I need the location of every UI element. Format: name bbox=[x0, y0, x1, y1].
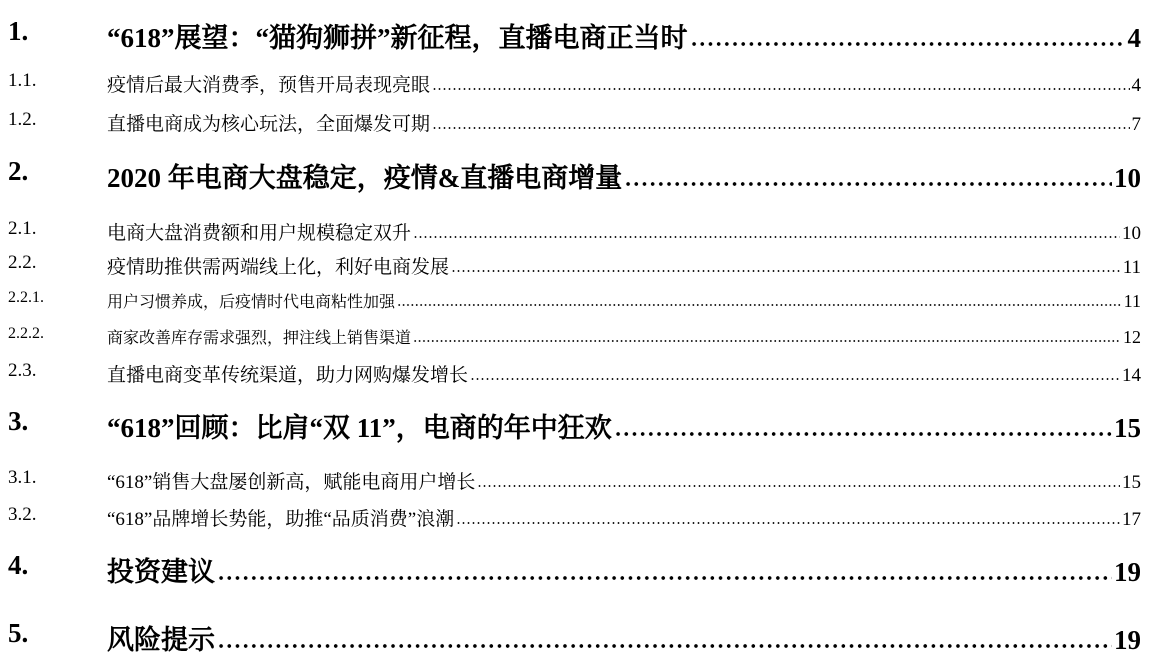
section-title[interactable]: 2020 年电商大盘稳定，疫情&直播电商增量 bbox=[107, 156, 622, 195]
dot-leader bbox=[690, 23, 1126, 47]
toc-entry-2-2-2[interactable]: 2.2.2. 商家改善库存需求强烈，押注线上销售渠道 12 bbox=[0, 325, 1141, 349]
toc-entry-3-2[interactable]: 3.2. “618”品牌增长势能，助推“品质消费”浪潮 17 bbox=[0, 504, 1141, 530]
toc-entry-1-2[interactable]: 1.2. 直播电商成为核心玩法，全面爆发可期 7 bbox=[0, 109, 1141, 135]
toc-entry-4[interactable]: 4. 投资建议 19 bbox=[0, 550, 1141, 590]
page-number: 14 bbox=[1122, 365, 1141, 387]
toc-entry-2[interactable]: 2. 2020 年电商大盘稳定，疫情&直播电商增量 10 bbox=[0, 156, 1141, 196]
dot-leader bbox=[456, 507, 1120, 525]
section-title[interactable]: 用户习惯养成，后疫情时代电商粘性加强 bbox=[107, 289, 395, 312]
section-title[interactable]: 疫情后最大消费季，预售开局表现亮眼 bbox=[107, 70, 430, 97]
dot-leader bbox=[413, 221, 1120, 239]
section-number: 2.3. bbox=[8, 360, 37, 382]
section-number: 1. bbox=[8, 16, 28, 47]
section-title[interactable]: 疫情助推供需两端线上化，利好电商发展 bbox=[107, 252, 449, 279]
page-number: 17 bbox=[1122, 509, 1141, 531]
toc-entry-1[interactable]: 1. “618”展望：“猫狗狮拼”新征程，直播电商正当时 4 bbox=[0, 16, 1141, 56]
toc-entry-2-2[interactable]: 2.2. 疫情助推供需两端线上化，利好电商发展 11 bbox=[0, 252, 1141, 278]
dot-leader bbox=[217, 557, 1112, 581]
section-title[interactable]: 商家改善库存需求强烈，押注线上销售渠道 bbox=[107, 325, 411, 348]
toc-entry-2-1[interactable]: 2.1. 电商大盘消费额和用户规模稳定双升 10 bbox=[0, 218, 1141, 244]
dot-leader bbox=[217, 625, 1112, 649]
dot-leader bbox=[413, 327, 1121, 343]
section-number: 1.2. bbox=[8, 109, 37, 131]
page-number: 11 bbox=[1123, 257, 1141, 279]
dot-leader bbox=[477, 470, 1120, 488]
section-number: 2.2.1. bbox=[8, 289, 44, 307]
toc-entry-2-2-1[interactable]: 2.2.1. 用户习惯养成，后疫情时代电商粘性加强 11 bbox=[0, 289, 1141, 313]
page-number: 19 bbox=[1114, 625, 1141, 656]
dot-leader bbox=[624, 163, 1112, 187]
section-number: 3.2. bbox=[8, 504, 37, 526]
section-title[interactable]: “618”回顾：比肩“双 11”，电商的年中狂欢 bbox=[107, 406, 612, 445]
table-of-contents: 1. “618”展望：“猫狗狮拼”新征程，直播电商正当时 4 1.1. 疫情后最… bbox=[0, 0, 1152, 666]
dot-leader bbox=[432, 112, 1129, 130]
dot-leader bbox=[397, 291, 1122, 307]
page-number: 10 bbox=[1122, 223, 1141, 245]
dot-leader bbox=[470, 363, 1120, 381]
section-number: 2.1. bbox=[8, 218, 37, 240]
dot-leader bbox=[432, 73, 1129, 91]
page-number: 12 bbox=[1123, 327, 1141, 348]
toc-entry-5[interactable]: 5. 风险提示 19 bbox=[0, 618, 1141, 658]
section-number: 4. bbox=[8, 550, 28, 581]
toc-entry-2-3[interactable]: 2.3. 直播电商变革传统渠道，助力网购爆发增长 14 bbox=[0, 360, 1141, 386]
section-title[interactable]: 风险提示 bbox=[107, 618, 215, 657]
section-number: 3.1. bbox=[8, 467, 37, 489]
page-number: 15 bbox=[1122, 472, 1141, 494]
section-title[interactable]: 直播电商变革传统渠道，助力网购爆发增长 bbox=[107, 360, 468, 387]
section-title[interactable]: 直播电商成为核心玩法，全面爆发可期 bbox=[107, 109, 430, 136]
section-title[interactable]: 投资建议 bbox=[107, 550, 215, 589]
section-title[interactable]: “618”展望：“猫狗狮拼”新征程，直播电商正当时 bbox=[107, 16, 688, 55]
section-number: 2. bbox=[8, 156, 28, 187]
section-title[interactable]: 电商大盘消费额和用户规模稳定双升 bbox=[107, 218, 411, 245]
section-number: 5. bbox=[8, 618, 28, 649]
dot-leader bbox=[614, 413, 1112, 437]
section-title[interactable]: “618”品牌增长势能，助推“品质消费”浪潮 bbox=[107, 504, 454, 531]
page-number: 4 bbox=[1132, 75, 1142, 97]
page-number: 10 bbox=[1114, 163, 1141, 194]
section-number: 2.2.2. bbox=[8, 325, 44, 343]
section-title[interactable]: “618”销售大盘屡创新高，赋能电商用户增长 bbox=[107, 467, 475, 494]
page-number: 7 bbox=[1132, 114, 1142, 136]
toc-entry-1-1[interactable]: 1.1. 疫情后最大消费季，预售开局表现亮眼 4 bbox=[0, 70, 1141, 96]
section-number: 2.2. bbox=[8, 252, 37, 274]
toc-entry-3-1[interactable]: 3.1. “618”销售大盘屡创新高，赋能电商用户增长 15 bbox=[0, 467, 1141, 493]
section-number: 3. bbox=[8, 406, 28, 437]
page-number: 15 bbox=[1114, 413, 1141, 444]
page-number: 19 bbox=[1114, 557, 1141, 588]
toc-entry-3[interactable]: 3. “618”回顾：比肩“双 11”，电商的年中狂欢 15 bbox=[0, 406, 1141, 446]
page-number: 4 bbox=[1128, 23, 1142, 54]
page-number: 11 bbox=[1124, 291, 1141, 312]
section-number: 1.1. bbox=[8, 70, 37, 92]
dot-leader bbox=[451, 255, 1121, 273]
